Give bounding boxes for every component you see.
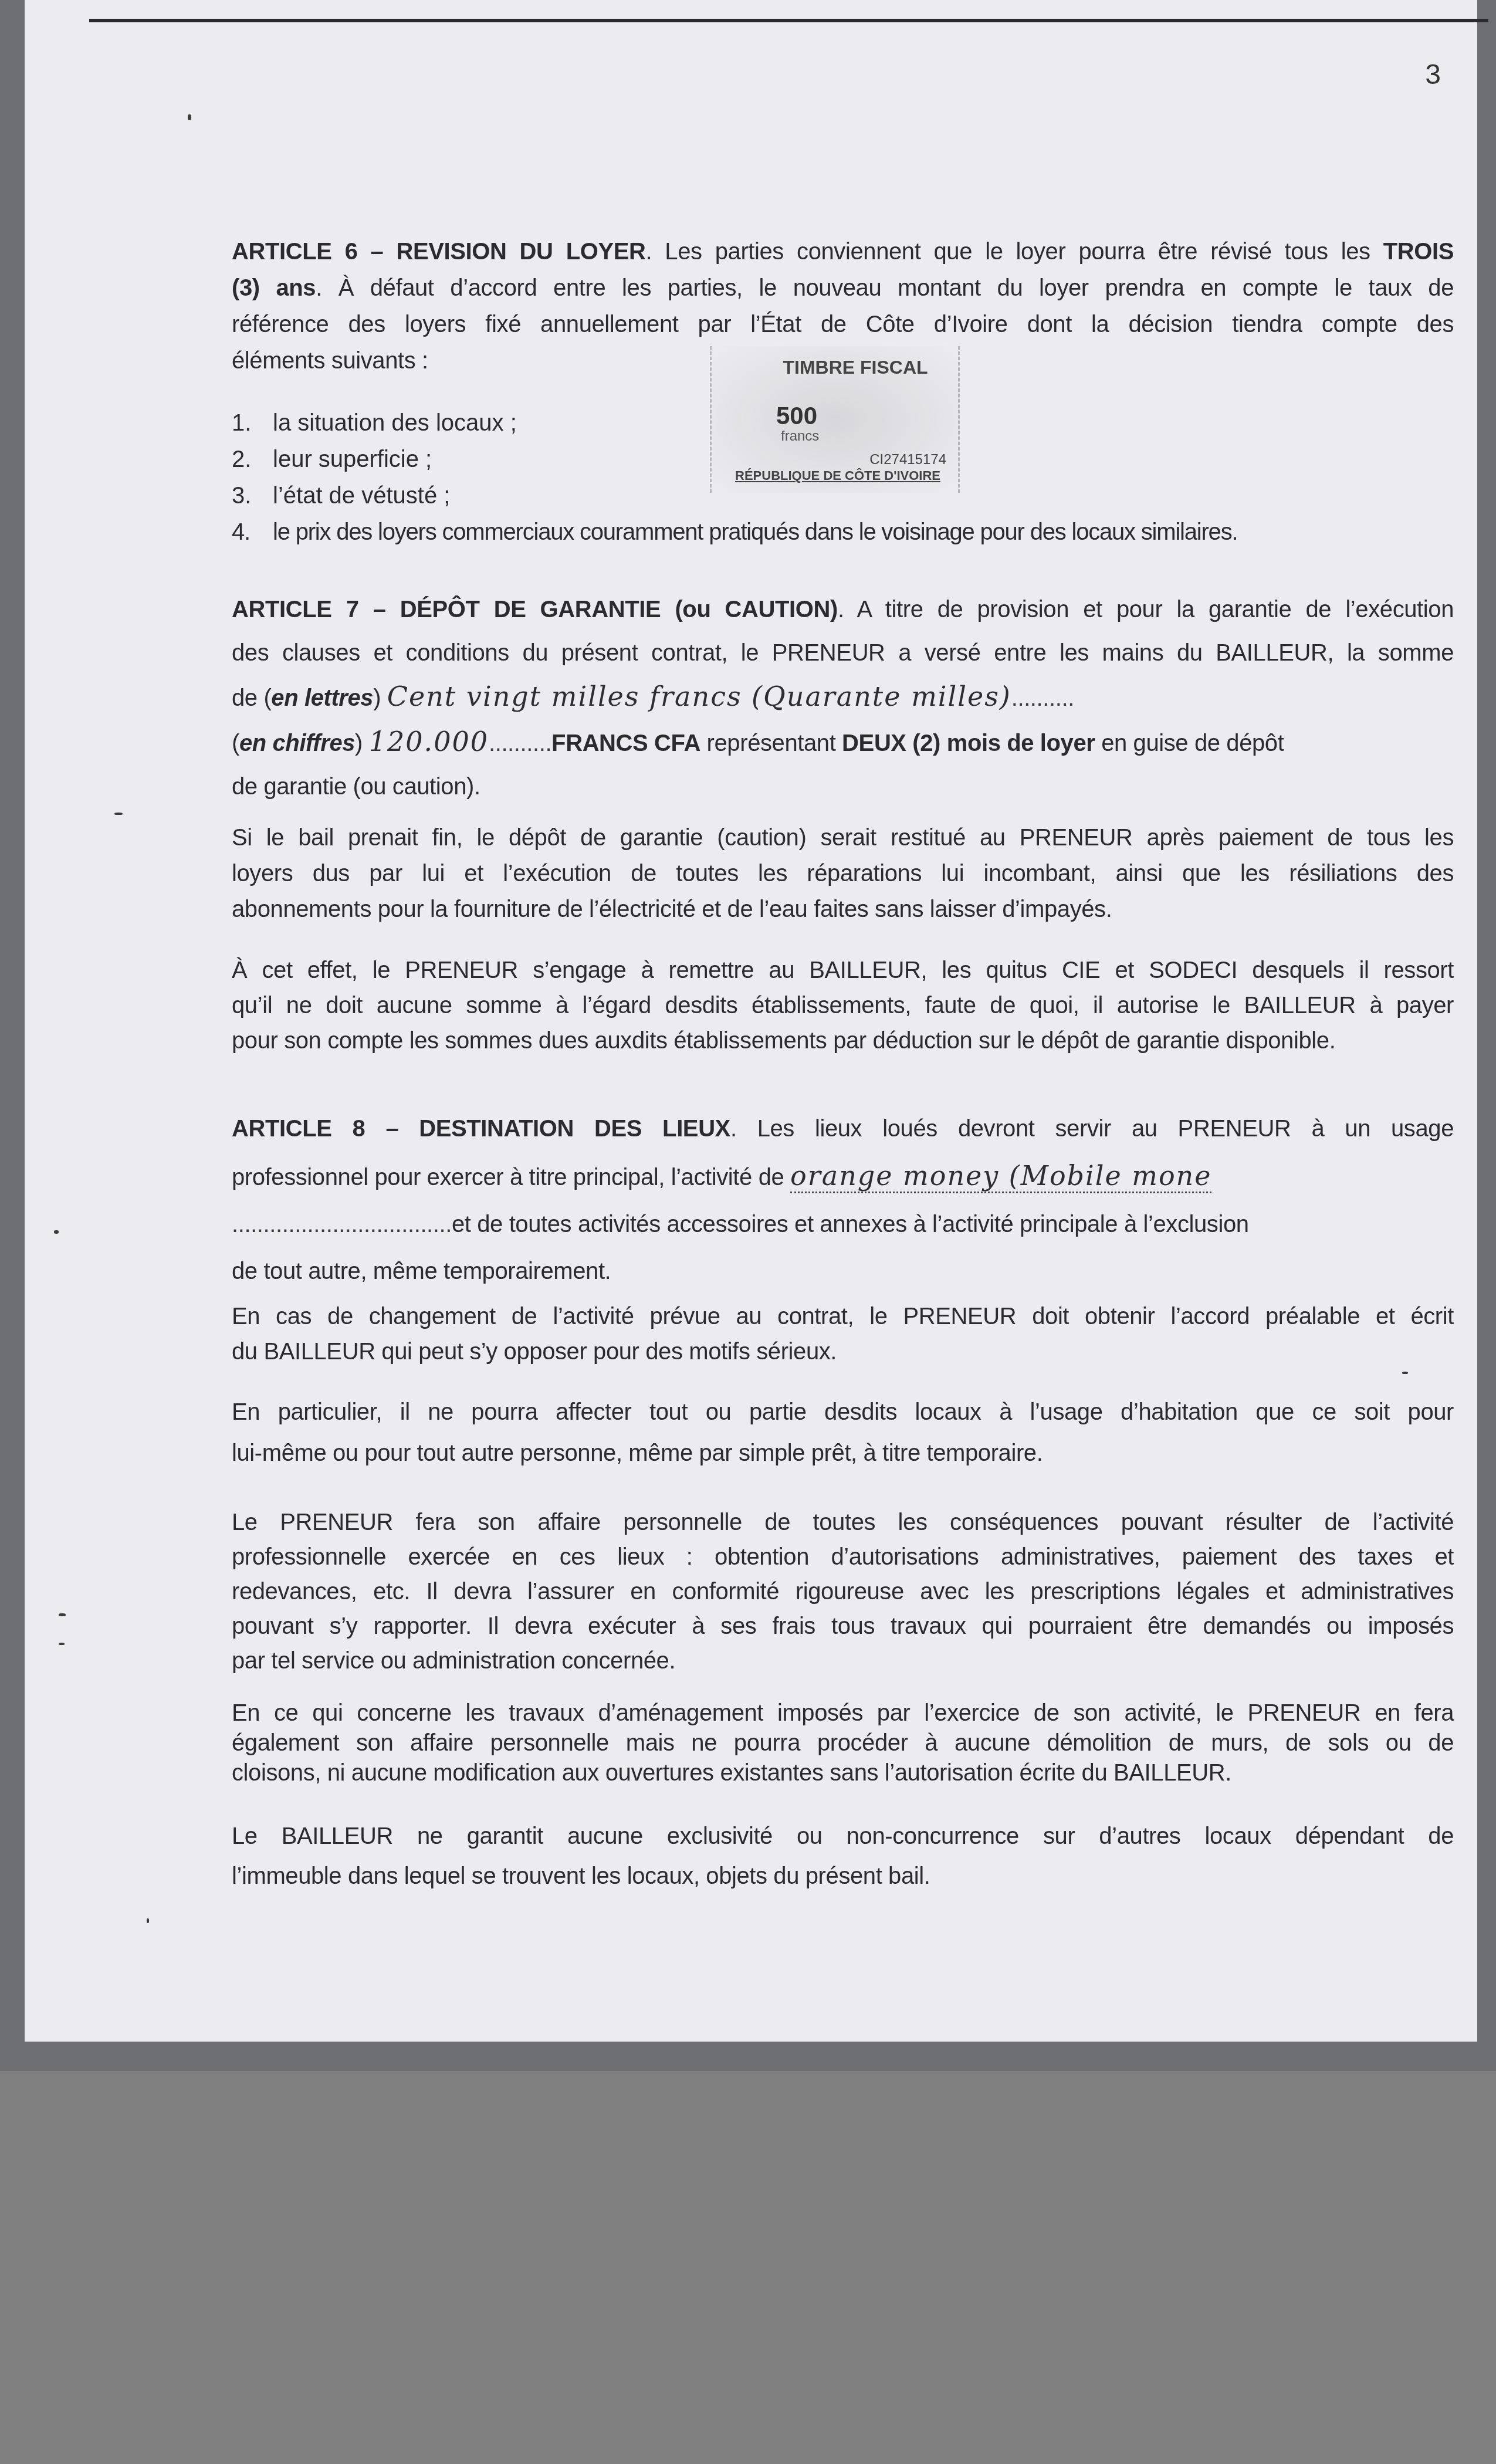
article-7-line-5: de garantie (ou caution). [232, 765, 1454, 808]
article-6-heading: ARTICLE 6 – REVISION DU LOYER [232, 239, 645, 265]
stamp-amount: 500 [776, 402, 817, 430]
refund-paragraph: Si le bail prenait fin, le dépôt de gara… [232, 820, 1454, 928]
stamp-title: TIMBRE FISCAL [712, 357, 958, 378]
amount-in-figures-line: (en chiffres) 120.000..........FRANCS CF… [232, 720, 1454, 765]
article-8-line-1: ARTICLE 8 – DESTINATION DES LIEUX. Les l… [232, 1105, 1454, 1152]
amount-in-words-field[interactable]: Cent vingt milles francs (Quarante mille… [387, 681, 1011, 712]
stamp-unit: francs [781, 428, 819, 445]
change-activity-paragraph: En cas de changement de l’activité prévu… [232, 1299, 1454, 1369]
article-8: ARTICLE 8 – DESTINATION DES LIEUX. Les l… [232, 1105, 1454, 1295]
article-6-line-3: référence des loyers fixé annuellement p… [232, 306, 1454, 343]
exclusivity-paragraph: Le BAILLEUR ne garantit aucune exclusivi… [232, 1816, 1454, 1896]
amount-in-figures-field[interactable]: 120.000 [369, 726, 489, 757]
header-rule [89, 19, 1488, 22]
article-7-line-2: des clauses et conditions du présent con… [232, 631, 1454, 675]
scan-speck [59, 1643, 65, 1645]
scan-speck [59, 1613, 66, 1616]
works-paragraph: En ce qui concerne les travaux d’aménage… [232, 1698, 1454, 1788]
scan-speck [147, 1918, 149, 1923]
article-6-line-2: (3) ans. À défaut d’accord entre les par… [232, 270, 1454, 306]
stamp-serial: CI27415174 [869, 452, 946, 468]
article-7: ARTICLE 7 – DÉPÔT DE GARANTIE (ou CAUTIO… [232, 588, 1454, 808]
article-7-line-1: ARTICLE 7 – DÉPÔT DE GARANTIE (ou CAUTIO… [232, 588, 1454, 631]
article-8-line-4: de tout autre, même temporairement. [232, 1248, 1454, 1295]
scan-speck [114, 813, 123, 815]
consequences-paragraph: Le PRENEUR fera son affaire personnelle … [232, 1505, 1454, 1678]
scan-speck [1402, 1372, 1408, 1374]
activity-field[interactable]: orange money (Mobile mone [790, 1160, 1211, 1193]
page-number: 3 [1425, 59, 1441, 91]
scan-speck [54, 1230, 59, 1234]
fiscal-stamp: TIMBRE FISCAL 500 francs CI27415174 RÉPU… [710, 346, 960, 493]
article-8-heading: ARTICLE 8 – DESTINATION DES LIEUX [232, 1116, 730, 1142]
amount-in-words-line: de (en lettres) Cent vingt milles francs… [232, 675, 1454, 720]
article-8-line-3: ...................................et de… [232, 1201, 1454, 1248]
list-item: 4.le prix des loyers commerciaux couramm… [232, 514, 1237, 550]
stamp-country: RÉPUBLIQUE DE CÔTE D'IVOIRE [723, 468, 952, 483]
scan-speck [188, 114, 191, 120]
habitation-paragraph: En particulier, il ne pourra affecter to… [232, 1392, 1454, 1474]
article-7-heading: ARTICLE 7 – DÉPÔT DE GARANTIE (ou CAUTIO… [232, 597, 838, 622]
article-6-line-1: ARTICLE 6 – REVISION DU LOYER. Les parti… [232, 233, 1454, 270]
activity-line: professionnel pour exercer à titre princ… [232, 1152, 1454, 1201]
quitus-paragraph: À cet effet, le PRENEUR s’engage à remet… [232, 953, 1454, 1058]
